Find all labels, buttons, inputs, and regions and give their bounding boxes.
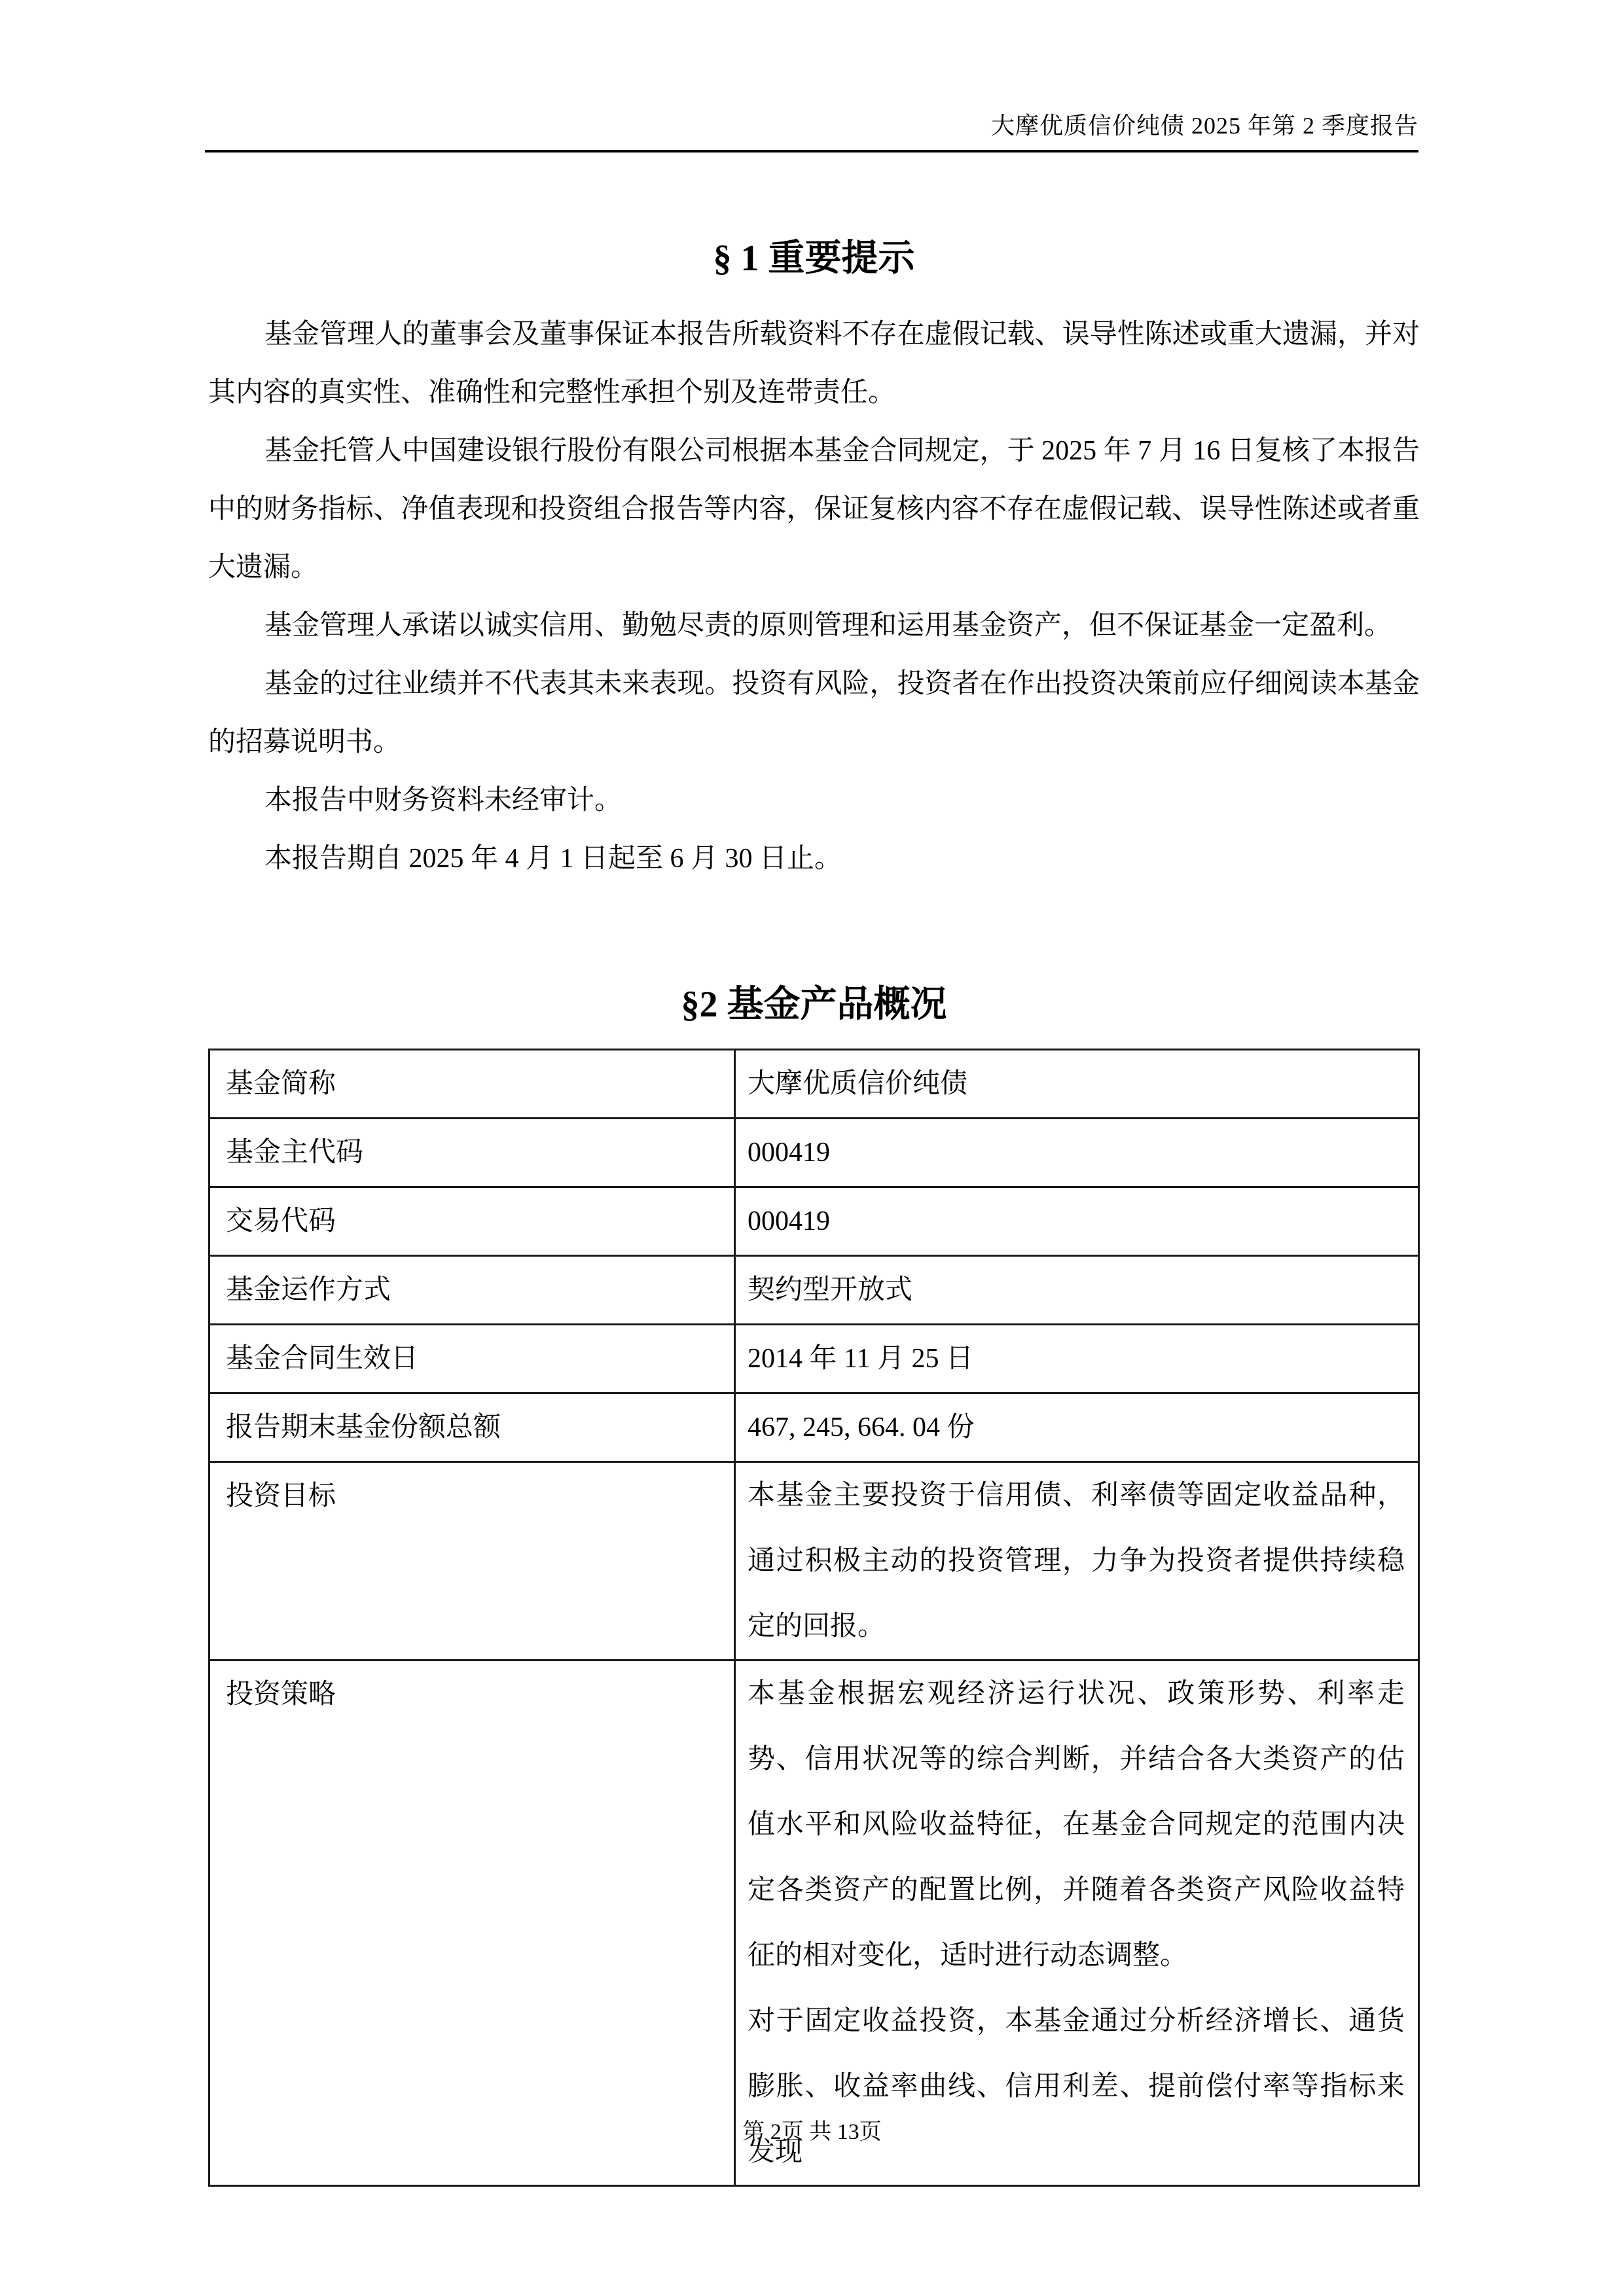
- table-row: 报告期末基金份额总额 467, 245, 664. 04 份: [209, 1393, 1419, 1462]
- notice-paragraph-board-guarantee: 基金管理人的董事会及董事保证本报告所载资料不存在虚假记载、误导性陈述或重大遗漏，…: [208, 306, 1420, 422]
- row-value-investment-objective: 本基金主要投资于信用债、利率债等固定收益品种，通过积极主动的投资管理，力争为投资…: [735, 1462, 1419, 1660]
- row-label-investment-objective: 投资目标: [209, 1462, 735, 1660]
- footer-page-mid: 页 共: [782, 2120, 832, 2144]
- row-value-contract-effective-date: 2014 年 11 月 25 日: [735, 1325, 1419, 1393]
- footer-page-prefix: 第: [742, 2120, 765, 2144]
- notice-paragraph-custodian-review: 基金托管人中国建设银行股份有限公司根据本基金合同规定，于 2025 年 7 月 …: [208, 422, 1420, 597]
- table-row: 交易代码 000419: [209, 1187, 1419, 1256]
- row-label-trading-code: 交易代码: [209, 1187, 735, 1256]
- row-value-total-shares: 467, 245, 664. 04 份: [735, 1393, 1419, 1462]
- notice-paragraph-report-period: 本报告期自 2025 年 4 月 1 日起至 6 月 30 日止。: [208, 830, 1420, 888]
- investment-strategy-paragraph-allocation: 本基金根据宏观经济运行状况、政策形势、利率走势、信用状况等的综合判断，并结合各大…: [748, 1661, 1405, 1988]
- table-row: 基金简称 大摩优质信价纯债: [209, 1050, 1419, 1119]
- footer-page-number: 2: [770, 2120, 782, 2144]
- notice-paragraph-risk-warning: 基金的过往业绩并不代表其未来表现。投资有风险，投资者在作出投资决策前应仔细阅读本…: [208, 655, 1420, 772]
- section-1-body: 基金管理人的董事会及董事保证本报告所载资料不存在虚假记载、误导性陈述或重大遗漏，…: [208, 306, 1420, 888]
- section-1-title: § 1 重要提示: [208, 236, 1420, 281]
- header-divider: [205, 150, 1418, 152]
- row-label-contract-effective-date: 基金合同生效日: [209, 1325, 735, 1393]
- row-value-fund-short-name: 大摩优质信价纯债: [735, 1050, 1419, 1119]
- footer-total-pages: 13: [837, 2120, 859, 2144]
- row-value-fund-main-code: 000419: [735, 1119, 1419, 1187]
- table-row: 基金运作方式 契约型开放式: [209, 1256, 1419, 1325]
- row-label-investment-strategy: 投资策略: [209, 1660, 735, 2186]
- footer-page-suffix: 页: [859, 2120, 882, 2144]
- page-footer: 第 2页 共 13页: [0, 2119, 1624, 2145]
- running-header: 大摩优质信价纯债 2025 年第 2 季度报告: [205, 111, 1418, 151]
- row-value-investment-strategy: 本基金根据宏观经济运行状况、政策形势、利率走势、信用状况等的综合判断，并结合各大…: [735, 1660, 1419, 2186]
- row-label-operation-mode: 基金运作方式: [209, 1256, 735, 1325]
- row-value-operation-mode: 契约型开放式: [735, 1256, 1419, 1325]
- row-label-fund-short-name: 基金简称: [209, 1050, 735, 1119]
- notice-paragraph-manager-commitment: 基金管理人承诺以诚实信用、勤勉尽责的原则管理和运用基金资产，但不保证基金一定盈利…: [208, 597, 1420, 655]
- row-label-total-shares: 报告期末基金份额总额: [209, 1393, 735, 1462]
- section-2-title: §2 基金产品概况: [208, 982, 1420, 1028]
- table-row: 基金主代码 000419: [209, 1119, 1419, 1187]
- notice-paragraph-unaudited: 本报告中财务资料未经审计。: [208, 772, 1420, 830]
- fund-overview-table: 基金简称 大摩优质信价纯债 基金主代码 000419 交易代码 000419 基…: [208, 1049, 1420, 2187]
- investment-strategy-paragraph-fixed-income: 对于固定收益投资，本基金通过分析经济增长、通货膨胀、收益率曲线、信用利差、提前偿…: [748, 1988, 1405, 2185]
- investment-objective-text: 本基金主要投资于信用债、利率债等固定收益品种，通过积极主动的投资管理，力争为投资…: [748, 1463, 1405, 1659]
- table-row: 投资目标 本基金主要投资于信用债、利率债等固定收益品种，通过积极主动的投资管理，…: [209, 1462, 1419, 1660]
- table-row: 基金合同生效日 2014 年 11 月 25 日: [209, 1325, 1419, 1393]
- row-value-trading-code: 000419: [735, 1187, 1419, 1256]
- row-label-fund-main-code: 基金主代码: [209, 1119, 735, 1187]
- table-row: 投资策略 本基金根据宏观经济运行状况、政策形势、利率走势、信用状况等的综合判断，…: [209, 1660, 1419, 2186]
